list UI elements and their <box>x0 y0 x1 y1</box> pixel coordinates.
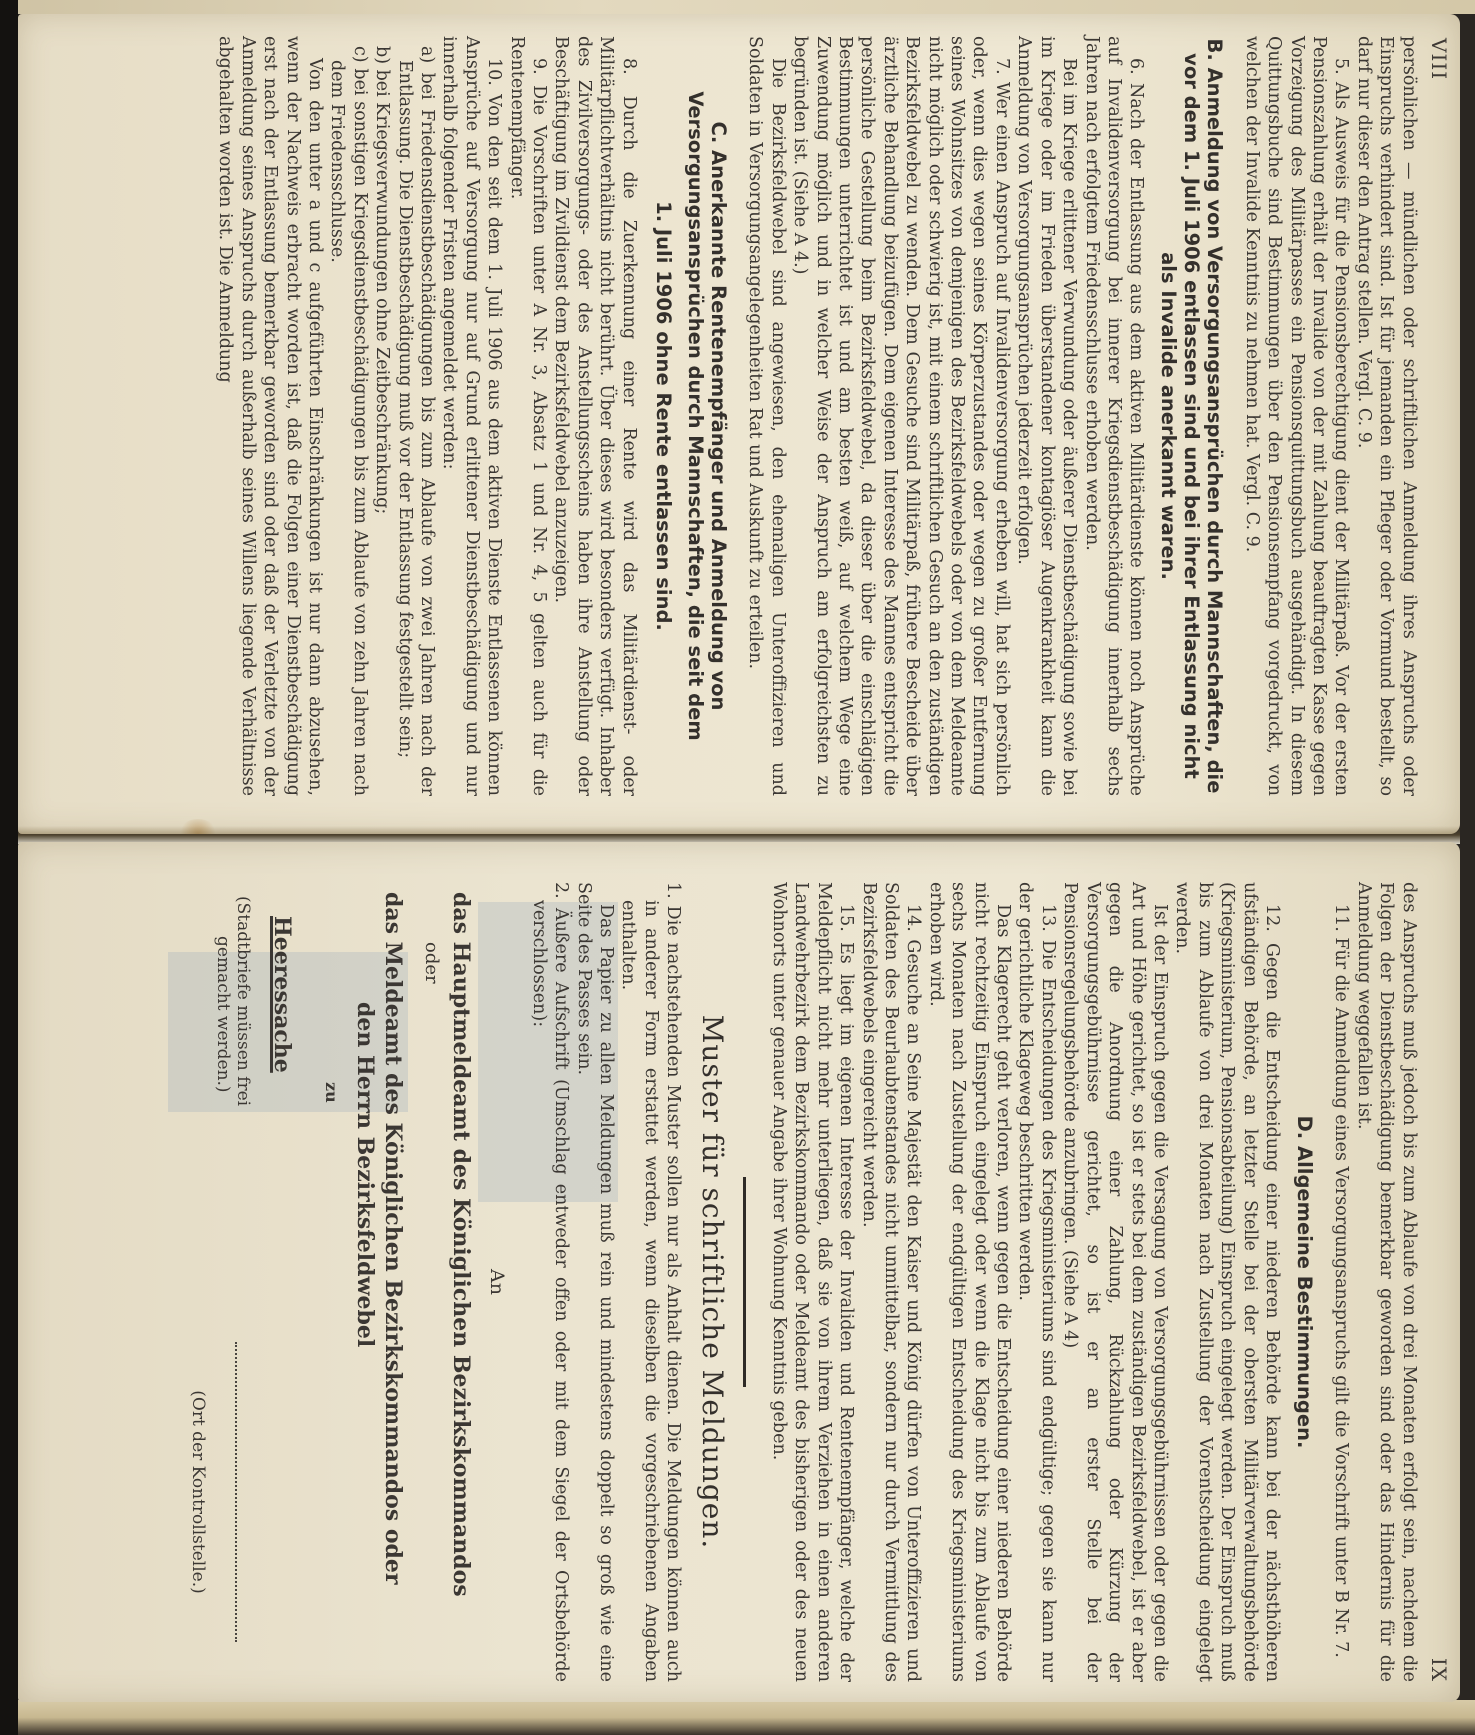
list-item-a: a) bei Friedensdienstbeschädigungen bis … <box>393 36 438 796</box>
paragraph-item-6: 6. Nach der Entlassung aus dem aktiven M… <box>1080 36 1147 796</box>
muster-paper-note: Das Papier zu allen Meldungen muß rein u… <box>572 882 617 1682</box>
paragraph-item-6b: Bei im Kriege erlittener Verwundung oder… <box>1013 36 1080 796</box>
page-number: IX <box>1428 882 1450 1682</box>
heeressache-block: Heeressache (Stadtbriefe müssen frei gem… <box>213 882 293 1106</box>
heeressache-label: Heeressache <box>271 882 293 1106</box>
list-item-b: b) bei Kriegsverwundungen ohne Zeitbesch… <box>371 36 393 796</box>
paragraph-item-9: 9. Die Vorschriften unter A Nr. 3, Absat… <box>505 36 550 796</box>
page-viii-text: VIII persönlichen — mündlichen oder schr… <box>50 36 1450 796</box>
address-an: An <box>483 882 511 1682</box>
book-page-edges <box>0 0 1475 14</box>
page-viii: VIII persönlichen — mündlichen oder schr… <box>18 14 1460 834</box>
section-d-heading: D. Allgemeine Bestimmungen. <box>1293 882 1316 1682</box>
paragraph-item-15: 15. Es liegt im eigenen Interesse der In… <box>768 882 858 1682</box>
muster-title: Muster für schriftliche Meldungen. <box>700 882 722 1682</box>
section-c-subheading: 1. Juli 1906 ohne Rente entlassen sind. <box>652 36 674 796</box>
section-divider <box>743 1177 746 1387</box>
paragraph-item-10b: Von den unter a und c aufgeführten Einsc… <box>214 36 326 796</box>
page-ix-text: IX des Anspruchs muß jedoch bis zum Abla… <box>50 882 1450 1682</box>
address-oder: oder <box>417 882 445 1682</box>
paragraph-item-11: 11. Für die Anmeldung eines Versorgungsa… <box>1330 882 1352 1682</box>
envelope-footer: Heeressache (Stadtbriefe müssen frei gem… <box>187 882 293 1682</box>
address-line-meldeamt: das Meldeamt des Königlichen Bezirkskomm… <box>379 882 407 1682</box>
continued-paragraph: des Anspruchs muß jedoch bis zum Ablaufe… <box>1352 882 1419 1682</box>
address-block: An das Hauptmeldeamt des Königlichen Bez… <box>317 882 511 1682</box>
paragraph-item-7: 7. Wer einen Anspruch auf Invalidenverso… <box>789 36 1013 796</box>
continued-paragraph: persönlichen — mündlichen oder schriftli… <box>1352 36 1419 796</box>
paragraph-item-13: 13. Die Entscheidungen des Kriegsministe… <box>1014 882 1059 1682</box>
ort-der-kontrollstelle-note: (Ort der Kontrollstelle.) <box>187 1342 209 1642</box>
dotted-line <box>235 1342 237 1642</box>
page-ix: IX des Anspruchs muß jedoch bis zum Abla… <box>18 842 1460 1702</box>
page-number: VIII <box>1428 36 1450 796</box>
address-line-hauptmeldeamt: das Hauptmeldeamt des Königlichen Bezirk… <box>447 882 475 1682</box>
paragraph-item-10: 10. Von den seit dem 1. Juli 1906 aus de… <box>438 36 505 796</box>
ort-block: (Ort der Kontrollstelle.) <box>187 1342 293 1642</box>
paragraph-item-14: 14. Gesuche an Seine Majestät den Kaiser… <box>857 882 924 1682</box>
book-cover-left <box>0 0 18 1735</box>
muster-item-2: 2. Äußere Aufschrift (Umschlag entweder … <box>527 882 572 1682</box>
address-zu: zu <box>317 882 345 1682</box>
paragraph-item-8: 8. Durch die Zuerkennung einer Rente wir… <box>550 36 640 796</box>
book-page-edges-bottom <box>0 1700 1475 1735</box>
stadtbriefe-note-line1: (Stadtbriefe müssen frei <box>233 896 253 1106</box>
section-b-heading: B. Anmeldung von Versorgungsansprüchen d… <box>1157 36 1226 796</box>
paragraph-item-12: 12. Gegen die Entscheidung einer niedere… <box>1171 882 1283 1682</box>
paragraph-item-12b: Ist der Einspruch gegen die Versagung vo… <box>1059 882 1171 1682</box>
paragraph-item-13b: Das Klagerecht geht verloren, wenn gegen… <box>924 882 1014 1682</box>
paragraph-item-7b: Die Bezirksfeldwebel sind angewiesen, de… <box>744 36 789 796</box>
list-item-c: c) bei sonstigen Kriegsdienstbeschädigun… <box>326 36 371 796</box>
stadtbriefe-note-line2: gemacht werden.) <box>213 896 233 1106</box>
muster-item-1: 1. Die nachstehenden Muster sollen nur a… <box>617 882 684 1682</box>
paragraph-item-5: 5. Als Ausweis für die Pensionsberechtig… <box>1240 36 1352 796</box>
address-line-bezirksfeldwebel: den Herrn Bezirksfeldwebel <box>351 882 379 1682</box>
section-c-heading: C. Anerkannte Rentenempfänger und Anmeld… <box>684 36 730 796</box>
stadtbriefe-note: (Stadtbriefe müssen frei gemacht werden.… <box>213 882 253 1106</box>
